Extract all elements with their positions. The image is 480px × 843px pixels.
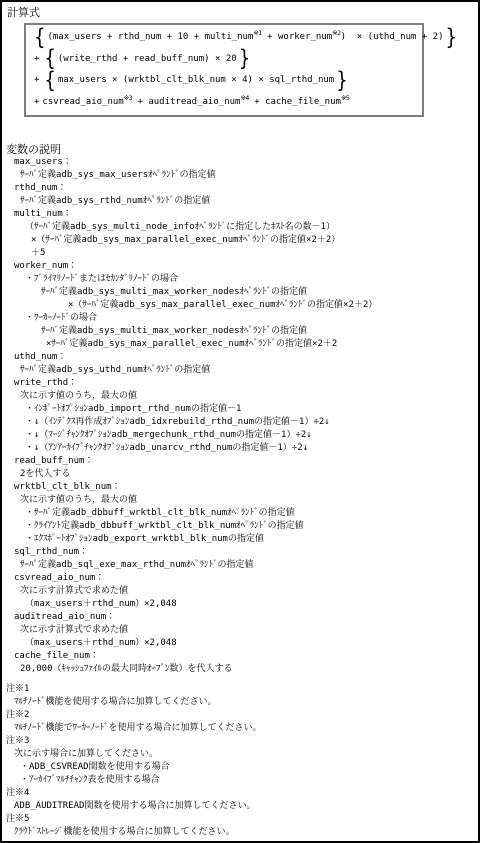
variable-name: max_users： [2,156,478,169]
notes-list: 注※1ﾏﾙﾁﾉｰﾄﾞ機能を使用する場合に加算してください。注※2ﾏﾙﾁﾉｰﾄﾞ機… [2,683,478,839]
variable-definition: ＋5 [2,247,478,260]
bullet-item: ・ｸﾗｲｱﾝﾄ定義adb_dbbuff_wrktbl_clt_blk_numｵﾍ… [2,520,478,533]
formula-text: + worker_num [262,32,332,42]
variable-name: auditread_aio_num： [2,611,478,624]
formula-close-brace: } [446,27,457,50]
variable-name: cache_file_num： [2,650,478,663]
formula-expression: max_users × (wrktbl_clt_blk_num × 4) × s… [58,74,334,87]
formula-text: ) × (uthd_num + 2) [341,32,444,42]
bullet-item: ・ｻｰﾊﾞ定義adb_dbbuff_wrktbl_clt_blk_numｵﾍﾟﾗ… [2,507,478,520]
formula-text: (write_rthd + read_buff_num) × 20 [58,54,237,64]
variable-definition: ｻｰﾊﾞ定義adb_sys_multi_max_worker_nodesｵﾍﾟﾗ… [2,325,478,338]
bullet-item: ・ｴｸｽﾎﾟｰﾄｵﾌﾟｼｮﾝadb_export_wrktbl_blk_numの… [2,533,478,546]
bullet-item: ・↓（ｱﾝｱｰｶｲﾌﾞﾁｬﾝｸｵﾌﾟｼｮﾝadb_unarcv_rthd_num… [2,442,478,455]
variables-section-title: 変数の説明 [6,143,478,156]
formula-expression: csvread_aio_num※3 + auditread_aio_num※4 … [42,96,349,109]
formula-note-superscript: ※1 [253,29,261,37]
variable-name: multi_num： [2,208,478,221]
note-label: 注※4 [2,787,478,800]
variable-definition: ｻｰﾊﾞ定義adb_sys_rthd_numｵﾍﾟﾗﾝﾄﾞの指定値 [2,195,478,208]
formula-note-superscript: ※2 [332,29,340,37]
bullet-item: ・↓（ｲﾝﾃﾞｸｽ再作成ｵﾌﾟｼｮﾝadb_idxrebuild_rthd_nu… [2,416,478,429]
formula-expression: (max_users + rthd_num + 10 + multi_num※1… [47,31,443,44]
variable-definition: 次に示す計算式で求めた値 [2,624,478,637]
document-page: 計算式 {(max_users + rthd_num + 10 + multi_… [0,0,480,843]
variable-definition: （max_users＋rthd_num）×2,048 [2,637,478,650]
formula-row: +{max_users × (wrktbl_clt_blk_num × 4) ×… [32,70,418,91]
formula-section-title: 計算式 [7,6,478,19]
variable-definition: （ｻｰﾊﾞ定義adb_sys_multi_node_infoｵﾍﾟﾗﾝﾄﾞに指定… [2,221,478,234]
formula-note-superscript: ※4 [240,94,248,102]
bullet-item: ・ﾌﾟﾗｲﾏﾘﾉｰﾄﾞまたはｾｶﾝﾀﾞﾘﾉｰﾄﾞの場合 [2,273,478,286]
variable-definition: 次に示す値のうち，最大の値 [2,390,478,403]
variable-name: read_buff_num： [2,455,478,468]
note-text: ｸﾗｳﾄﾞｽﾄﾚｰｼﾞ機能を使用する場合に加算してください。 [2,826,478,839]
note-label: 注※5 [2,813,478,826]
variable-definition: ×（ｻｰﾊﾞ定義adb_sys_max_parallel_exec_numｵﾍﾟ… [2,299,478,312]
formula-text: (max_users + rthd_num + 10 + multi_num [47,32,253,42]
variable-name: write_rthd： [2,377,478,390]
formula-open-brace: { [44,70,55,93]
note-text: ﾏﾙﾁﾉｰﾄﾞ機能を使用する場合に加算してください。 [2,696,478,709]
variable-definition: （max_users＋rthd_num）×2,048 [2,598,478,611]
note-bullet: ・ｱｰｶｲﾌﾞﾏﾙﾁﾁｬﾝｸ表を使用する場合 [2,774,478,787]
note-text: 次に示す場合に加算してください。 [2,748,478,761]
formula-row: {(max_users + rthd_num + 10 + multi_num※… [32,27,418,48]
variable-definition: ｻｰﾊﾞ定義adb_sys_max_usersｵﾍﾟﾗﾝﾄﾞの指定値 [2,169,478,182]
formula-row: +{(write_rthd + read_buff_num) × 20} [32,49,418,70]
bullet-item: ・ｲﾝﾎﾟｰﾄｵﾌﾟｼｮﾝadb_import_rthd_numの指定値－1 [2,403,478,416]
formula-text: max_users × (wrktbl_clt_blk_num × 4) × s… [58,75,334,85]
formula-text: + auditread_aio_num [132,97,240,107]
bullet-item: ・↓（ﾏｰｼﾞﾁｬﾝｸｵﾌﾟｼｮﾝadb_mergechunk_rthd_num… [2,429,478,442]
formula-close-brace: } [336,70,347,93]
note-label: 注※2 [2,709,478,722]
formula-plus-operator: + [34,53,39,66]
formula-note-superscript: ※3 [124,94,132,102]
bullet-item: ・ﾜｰｶｰﾉｰﾄﾞの場合 [2,312,478,325]
variable-definition: 2を代入する [2,468,478,481]
variable-name: csvread_aio_num： [2,572,478,585]
formula-text: csvread_aio_num [42,97,123,107]
note-text: ADB_AUDITREAD関数を使用する場合に加算してください。 [2,800,478,813]
formula-plus-operator: + [34,74,39,87]
formula-text: + cache_file_num [249,97,341,107]
variable-definition: ×（ｻｰﾊﾞ定義adb_sys_max_parallel_exec_numｵﾍﾟ… [2,234,478,247]
variable-definition: ｻｰﾊﾞ定義adb_sys_uthd_numｵﾍﾟﾗﾝﾄﾞの指定値 [2,364,478,377]
note-label: 注※1 [2,683,478,696]
formula-close-brace: } [239,48,250,71]
variable-definition: ｻｰﾊﾞ定義adb_sys_multi_max_worker_nodesｵﾍﾟﾗ… [2,286,478,299]
variable-definition: ×ｻｰﾊﾞ定義adb_sys_max_parallel_exec_numｵﾍﾟﾗ… [2,338,478,351]
variables-description-list: max_users：ｻｰﾊﾞ定義adb_sys_max_usersｵﾍﾟﾗﾝﾄﾞ… [2,156,478,676]
formula-note-superscript: ※5 [341,94,349,102]
variable-name: wrktbl_clt_blk_num： [2,481,478,494]
variable-definition: ｻｰﾊﾞ定義adb_sql_exe_max_rthd_numｵﾍﾟﾗﾝﾄﾞの指定… [2,559,478,572]
variable-name: uthd_num： [2,351,478,364]
note-text: ﾏﾙﾁﾉｰﾄﾞ機能でﾜｰｶｰﾉｰﾄﾞを使用する場合に加算してください。 [2,722,478,735]
note-label: 注※3 [2,735,478,748]
variable-definition: 次に示す計算式で求めた値 [2,585,478,598]
formula-box: {(max_users + rthd_num + 10 + multi_num※… [24,23,424,117]
variable-name: rthd_num： [2,182,478,195]
variable-name: worker_num： [2,260,478,273]
formula-row: +csvread_aio_num※3 + auditread_aio_num※4… [32,92,418,113]
formula-plus-operator: + [34,96,39,109]
variable-definition: 次に示す値のうち，最大の値 [2,494,478,507]
note-bullet: ・ADB_CSVREAD関数を使用する場合 [2,761,478,774]
variable-name: sql_rthd_num： [2,546,478,559]
formula-expression: (write_rthd + read_buff_num) × 20 [58,53,237,66]
variable-definition: 20,000（ｷｬｯｼｭﾌｧｲﾙの最大同時ｵｰﾌﾟﾝ数）を代入する [2,663,478,676]
